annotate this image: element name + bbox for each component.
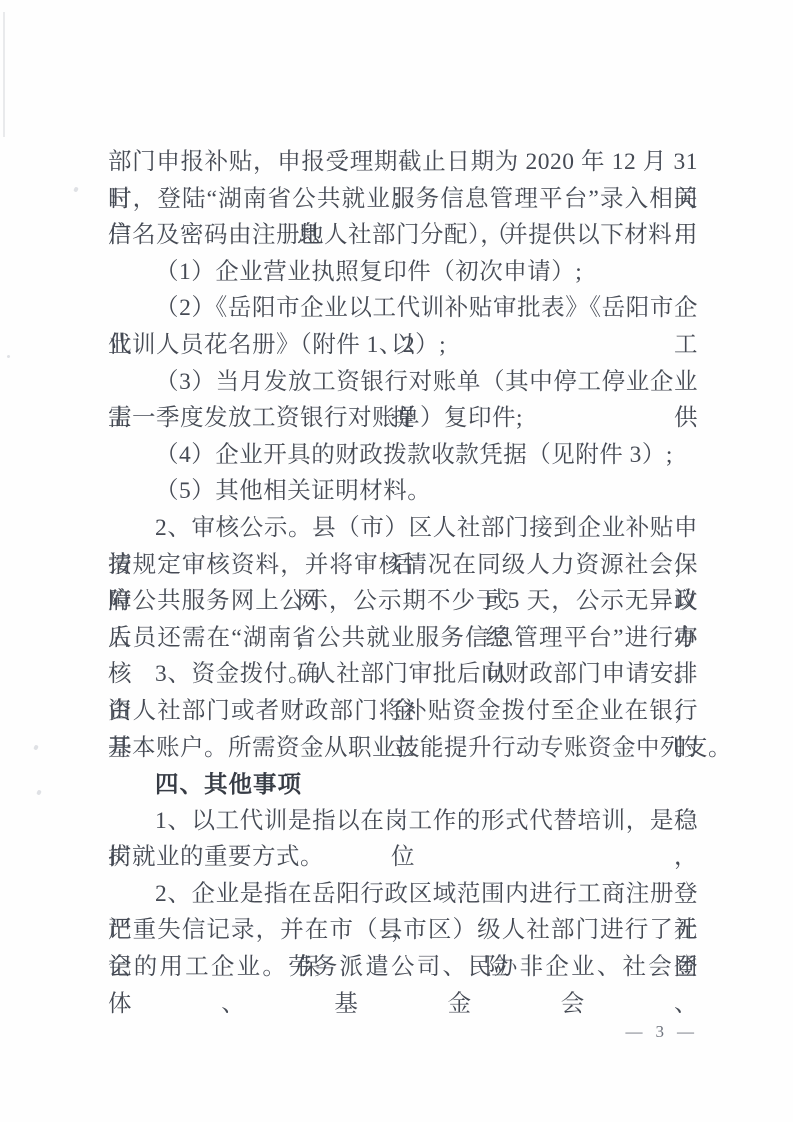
list-item-3: （3）当月发放工资银行对账单（其中停工停业企业需提供 bbox=[108, 364, 698, 401]
list-item-4: （4）企业开具的财政拨款收款凭据（见附件 3）; bbox=[108, 437, 698, 474]
section-heading-other-matters: 四、其他事项 bbox=[108, 766, 698, 803]
list-item-2: （2）《岳阳市企业以工代训补贴审批表》《岳阳市企业以工 bbox=[108, 290, 698, 327]
text-line: 人员还需在“湖南省公共就业服务信息管理平台”进行审核确认。 bbox=[108, 620, 698, 657]
paragraph-audit-publicity: 2、审核公示。县（市）区人社部门接到企业补贴申请后， bbox=[108, 510, 698, 547]
text-line: 记的用工企业。劳务派遣公司、民办非企业、社会团体、基金会、 bbox=[108, 949, 698, 986]
scan-artifact bbox=[73, 186, 79, 192]
footer-page-number: 3 bbox=[656, 1022, 665, 1042]
list-item-1: （1）企业营业执照复印件（初次申请）; bbox=[108, 254, 698, 291]
scan-edge-artifact bbox=[3, 12, 5, 137]
document-page: 部门申报补贴，申报受理期截止日期为 2020 年 12 月 31 日；同 时，登… bbox=[0, 0, 793, 1122]
paragraph-work-training-definition: 1、以工代训是指以在岗工作的形式代替培训，是稳岗位， bbox=[108, 803, 698, 840]
text-line: 按规定审核资料，并将审核情况在同级人力资源社会保障网或政 bbox=[108, 547, 698, 584]
text-line: 严重失信记录，并在市（县市区）级人社部门进行了社会保险登 bbox=[108, 912, 698, 949]
text-line: 府公共服务网上公示，公示期不少于 5 天，公示无异议后，经办 bbox=[108, 583, 698, 620]
footer-dash-right: — bbox=[677, 1022, 694, 1042]
document-body: 部门申报补贴，申报受理期截止日期为 2020 年 12 月 31 日；同 时，登… bbox=[108, 144, 698, 986]
paragraph-enterprise-definition: 2、企业是指在岳阳行政区域范围内进行工商注册登记，无 bbox=[108, 876, 698, 913]
footer-dash-left: — bbox=[626, 1022, 643, 1042]
scan-artifact bbox=[7, 355, 11, 359]
text-line: 基本账户。所需资金从职业技能提升行动专账资金中列支。 bbox=[108, 730, 698, 767]
list-item-5: （5）其他相关证明材料。 bbox=[108, 473, 698, 510]
paragraph-fund-allocation: 3、资金拨付。人社部门审批后向财政部门申请安排资金， bbox=[108, 656, 698, 693]
scan-artifact bbox=[36, 789, 42, 795]
text-line: 户名及密码由注册地人社部门分配），并提供以下材料： bbox=[108, 217, 698, 254]
text-line: 由人社部门或者财政部门将补贴资金拨付至企业在银行开立的 bbox=[108, 693, 698, 730]
scan-artifact bbox=[33, 744, 39, 750]
page-footer: — 3 — bbox=[626, 1022, 695, 1042]
text-line: 部门申报补贴，申报受理期截止日期为 2020 年 12 月 31 日；同 bbox=[108, 144, 698, 181]
text-line: 时，登陆“湖南省公共就业服务信息管理平台”录入相关信息（用 bbox=[108, 181, 698, 218]
